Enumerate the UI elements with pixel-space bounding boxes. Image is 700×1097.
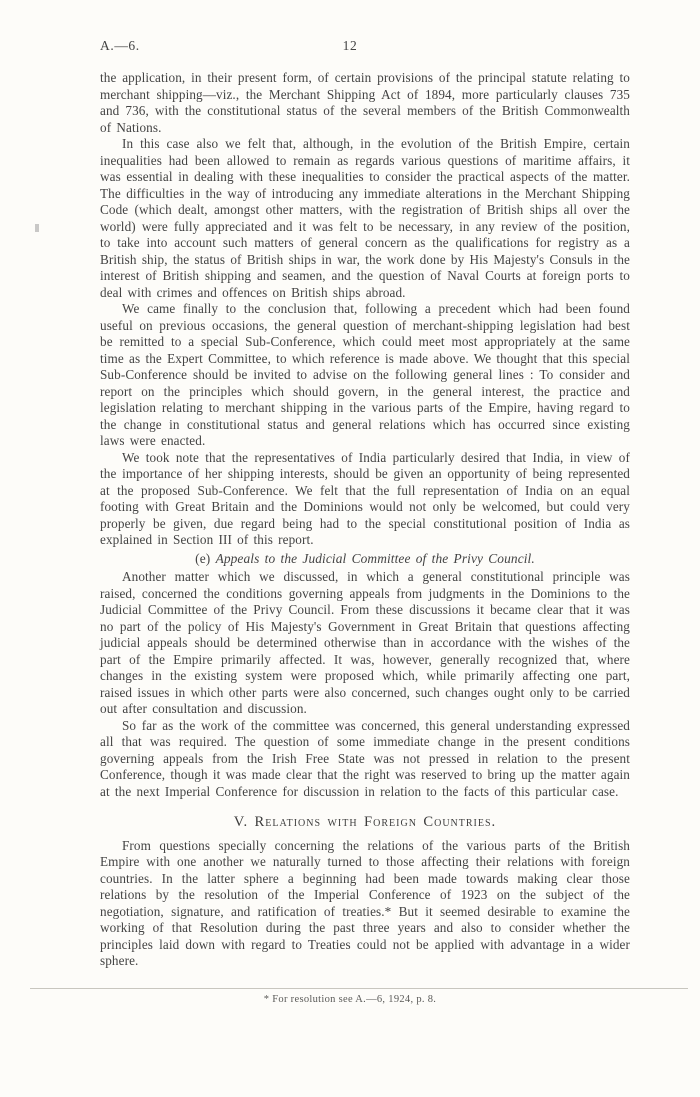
paragraph-application-continuation: the application, in their present form, … bbox=[100, 70, 630, 136]
document-page: A.—6. 12 the application, in their prese… bbox=[0, 0, 700, 1097]
paragraph-so-far: So far as the work of the committee was … bbox=[100, 718, 630, 801]
section-e-label: (e) bbox=[195, 551, 210, 566]
paragraph-we-took-note: We took note that the representatives of… bbox=[100, 450, 630, 549]
paragraph-we-came-finally: We came finally to the conclusion that, … bbox=[100, 301, 630, 450]
footnote: * For resolution see A.—6, 1924, p. 8. bbox=[0, 994, 700, 1005]
paragraph-another-matter: Another matter which we discussed, in wh… bbox=[100, 569, 630, 718]
section-e-heading: (e) Appeals to the Judicial Committee of… bbox=[100, 551, 630, 568]
page-body: the application, in their present form, … bbox=[100, 70, 630, 970]
paragraph-in-this-case: In this case also we felt that, although… bbox=[100, 136, 630, 301]
section-e-title: Appeals to the Judicial Committee of the… bbox=[216, 551, 535, 566]
scan-artifact-mark bbox=[35, 224, 39, 232]
running-header: A.—6. 12 bbox=[0, 38, 700, 56]
section-v-heading: V. Relations with Foreign Countries. bbox=[100, 814, 630, 831]
doc-reference: A.—6. bbox=[100, 38, 140, 54]
footnote-divider bbox=[30, 988, 688, 989]
paragraph-from-questions: From questions specially concerning the … bbox=[100, 838, 630, 970]
